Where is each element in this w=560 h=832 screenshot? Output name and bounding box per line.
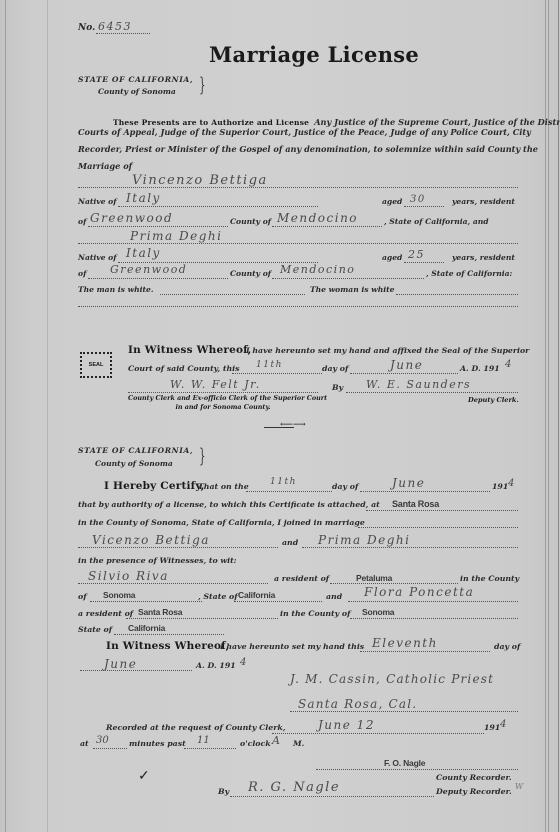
recorded-minutes: 30: [96, 735, 109, 746]
cert-line-2: that by authority of a license, to which…: [78, 500, 380, 509]
state-label: STATE OF CALIFORNIA,: [78, 75, 193, 84]
witness-month-line: [350, 373, 458, 374]
preamble-line-3: Recorder, Priest or Minister of the Gosp…: [78, 144, 538, 154]
cert-line-3-dots: [358, 527, 518, 528]
officiant-signature: J. M. Cassin, Catholic Priest: [290, 672, 494, 686]
witness2-name-line: [348, 601, 518, 602]
margin-initials: W: [515, 782, 523, 791]
cert-day: 11th: [270, 477, 297, 487]
of-label: of: [78, 269, 86, 278]
witness-day: 11th: [256, 360, 283, 370]
cert-month: June: [392, 476, 425, 490]
man-race: The man is white.: [78, 285, 154, 294]
recorded-date: June 12: [318, 718, 375, 732]
state-of-california-label: , State of California:: [426, 269, 512, 278]
cert-year-digit: 4: [508, 478, 514, 489]
seal-label: SEAL: [89, 362, 104, 368]
scan-edge-line: [5, 0, 6, 832]
preamble-line-2: Courts of Appeal, Judge of the Superior …: [78, 127, 531, 137]
cert-day-line: [246, 491, 332, 492]
recorded-minutes-line: [93, 748, 127, 749]
cert-county-label: County of Sonoma: [95, 459, 173, 468]
woman-race: The woman is white: [310, 285, 394, 294]
witness-day-line: [232, 373, 322, 374]
witness2-county: Sonoma: [362, 607, 394, 617]
witness-text-1: I have hereunto set my hand and affixed …: [246, 346, 529, 355]
witness1-name-line: [78, 583, 268, 584]
state-of-california-label: , State of California, and: [384, 217, 489, 226]
scan-edge-line: [47, 0, 48, 832]
cert-witness-day-word: Eleventh: [372, 636, 438, 650]
groom-native: Italy: [126, 191, 161, 205]
license-number: 6453: [98, 20, 132, 33]
bride-name: Prima Deghi: [130, 229, 222, 243]
cert-witness-text: I have hereunto set my hand this: [220, 642, 364, 651]
ad-label: A. D. 191: [196, 661, 236, 670]
state-of-label: State of: [78, 625, 112, 634]
groom-age: 30: [410, 194, 426, 205]
recorded-hour-line: [184, 748, 236, 749]
deputy-clerk-caption: Deputy Clerk.: [468, 396, 519, 404]
years-resident-label: years, resident: [452, 253, 515, 262]
aged-label: aged: [382, 197, 402, 206]
county-recorder-name: F. O. Nagle: [384, 758, 425, 768]
cert-witness-day-line: [360, 651, 490, 652]
aged-label: aged: [382, 253, 402, 262]
of-label: of: [78, 592, 87, 601]
recorded-date-line: [272, 733, 484, 734]
deputy-recorder-signature: R. G. Nagle: [248, 780, 340, 795]
man-race-line: [160, 294, 305, 295]
witness-heading: In Witness Whereof,: [128, 344, 252, 356]
blank-line: [78, 306, 518, 307]
and-label: and: [326, 592, 342, 601]
divider-ornament-icon: ⟵⟶: [280, 420, 306, 430]
by-label: By: [218, 787, 229, 796]
groom-native-line: [118, 206, 318, 207]
cert-witness-month: June: [104, 657, 137, 671]
witness1-state-line: [234, 601, 322, 602]
day-of-label: day of: [332, 482, 358, 491]
witness-month: June: [390, 358, 423, 372]
at-label: at: [80, 739, 89, 748]
county-label: County of Sonoma: [98, 87, 176, 96]
deputy-recorder-title: Deputy Recorder.: [436, 787, 512, 796]
clerk-signature-line: [128, 392, 318, 393]
document-title: Marriage License: [209, 42, 419, 67]
bride-residence: Greenwood: [110, 263, 187, 276]
checkmark-icon: ✓: [138, 768, 150, 784]
groom-name: Vincenzo Bettiga: [132, 173, 268, 188]
woman-race-line: [396, 294, 518, 295]
groom-county-line: [272, 226, 382, 227]
cert-bride-line: [302, 547, 518, 548]
bride-county: Mendocino: [280, 263, 355, 276]
witness-text-2: Court of said County, this: [128, 364, 240, 373]
witness1-county-line: [90, 601, 202, 602]
cert-bride: Prima Deghi: [318, 533, 410, 547]
witness1-name: Silvio Riva: [88, 569, 169, 583]
cert-state-label: STATE OF CALIFORNIA,: [78, 446, 193, 455]
number-dotted-line: [96, 33, 150, 34]
clerk-signature: W. W. Felt Jr.: [170, 378, 261, 391]
officiant-location-line: [290, 711, 518, 712]
year-prefix: 191: [484, 723, 500, 732]
cert-month-line: [360, 491, 490, 492]
witness2-residence-line: [126, 618, 278, 619]
cert-ad-digit: 4: [240, 657, 246, 668]
witness2-residence: Santa Rosa: [138, 607, 182, 617]
cert-witness-month-line: [80, 670, 192, 671]
bride-name-line: [78, 243, 518, 244]
county-of-label: County of: [230, 217, 271, 226]
preamble-text: Any Justice of the Supreme Court, Justic…: [314, 117, 560, 127]
oclock-label: o'clock: [240, 739, 271, 748]
brace: }: [199, 72, 205, 96]
groom-residence: Greenwood: [90, 211, 173, 225]
cert-line-3: in the County of Sonoma, State of Califo…: [78, 518, 365, 527]
clerk-caption-1: County Clerk and Ex-officio Clerk of the…: [128, 394, 318, 402]
bride-age: 25: [408, 248, 425, 261]
witness-year-digit: 4: [505, 359, 511, 370]
ad-label: A. D. 191: [460, 364, 500, 373]
of-label: of: [78, 217, 86, 226]
and-label: and: [282, 538, 298, 547]
witness1-state: California: [238, 590, 275, 600]
that-on-the-label: That on the: [198, 482, 249, 491]
in-the-county-label: in the County: [460, 574, 519, 583]
witness1-residence-line: [330, 583, 458, 584]
witness1-residence: Petaluma: [356, 573, 392, 583]
deputy-recorder-line: [230, 796, 434, 797]
clerk-caption-2: in and for Sonoma County.: [128, 403, 318, 411]
groom-county: Mendocino: [277, 211, 358, 225]
witnesses-label: in the presence of Witnesses, to wit:: [78, 556, 237, 565]
brace: }: [199, 443, 205, 467]
cert-groom: Vicenzo Bettiga: [92, 533, 210, 547]
bride-native: Italy: [126, 246, 161, 260]
witness2-county-line: [350, 618, 518, 619]
state-of-label: , State of: [198, 592, 238, 601]
cert-witness-heading: In Witness Whereof,: [106, 640, 230, 652]
groom-residence-line: [88, 226, 228, 227]
recorded-at-label: Recorded at the request of County Clerk,: [106, 723, 285, 732]
minutes-past-label: minutes past: [129, 739, 186, 748]
native-of-label: Native of: [78, 253, 116, 262]
meridiem-suffix: M.: [293, 739, 304, 748]
resident-of-label: a resident of: [274, 574, 329, 583]
preamble-bold: These Presents are to Authorize and Lice…: [113, 118, 309, 127]
recorded-year-digit: 4: [500, 719, 506, 730]
recorded-meridiem: A: [272, 734, 280, 747]
years-resident-label: years, resident: [452, 197, 515, 206]
deputy-signature-line: [346, 392, 518, 393]
in-the-county-of-label: in the County of: [280, 609, 350, 618]
day-of-label: day of: [494, 642, 520, 651]
deputy-clerk-signature: W. E. Saunders: [366, 378, 471, 391]
witness2-name: Flora Poncetta: [364, 585, 474, 599]
cert-groom-line: [78, 547, 278, 548]
cert-place: Santa Rosa: [392, 499, 439, 509]
day-of-label: day of: [322, 364, 348, 373]
bride-county-line: [272, 278, 424, 279]
bride-age-line: [404, 262, 444, 263]
groom-name-line: [78, 187, 518, 188]
seal-box: SEAL: [80, 352, 112, 378]
by-label: By: [332, 383, 343, 392]
officiant-location: Santa Rosa, Cal.: [298, 697, 417, 711]
county-of-label: County of: [230, 269, 271, 278]
county-recorder-line: [316, 769, 518, 770]
bride-residence-line: [88, 278, 228, 279]
license-number-label: No.: [78, 23, 95, 33]
year-prefix: 191: [492, 482, 508, 491]
recorded-hour: 11: [197, 735, 210, 746]
groom-age-line: [404, 206, 444, 207]
witness1-county: Sonoma: [103, 590, 135, 600]
marriage-license-page: No. 6453 Marriage License STATE OF CALIF…: [0, 0, 560, 832]
native-of-label: Native of: [78, 197, 116, 206]
county-recorder-title: County Recorder.: [436, 773, 512, 782]
witness2-state-line: [114, 634, 224, 635]
witness2-state: California: [128, 623, 165, 633]
preamble-line-4: Marriage of: [78, 161, 132, 171]
certify-heading: I Hereby Certify,: [104, 480, 205, 492]
resident-of-label: a resident of: [78, 609, 133, 618]
cert-place-line: [366, 510, 518, 511]
